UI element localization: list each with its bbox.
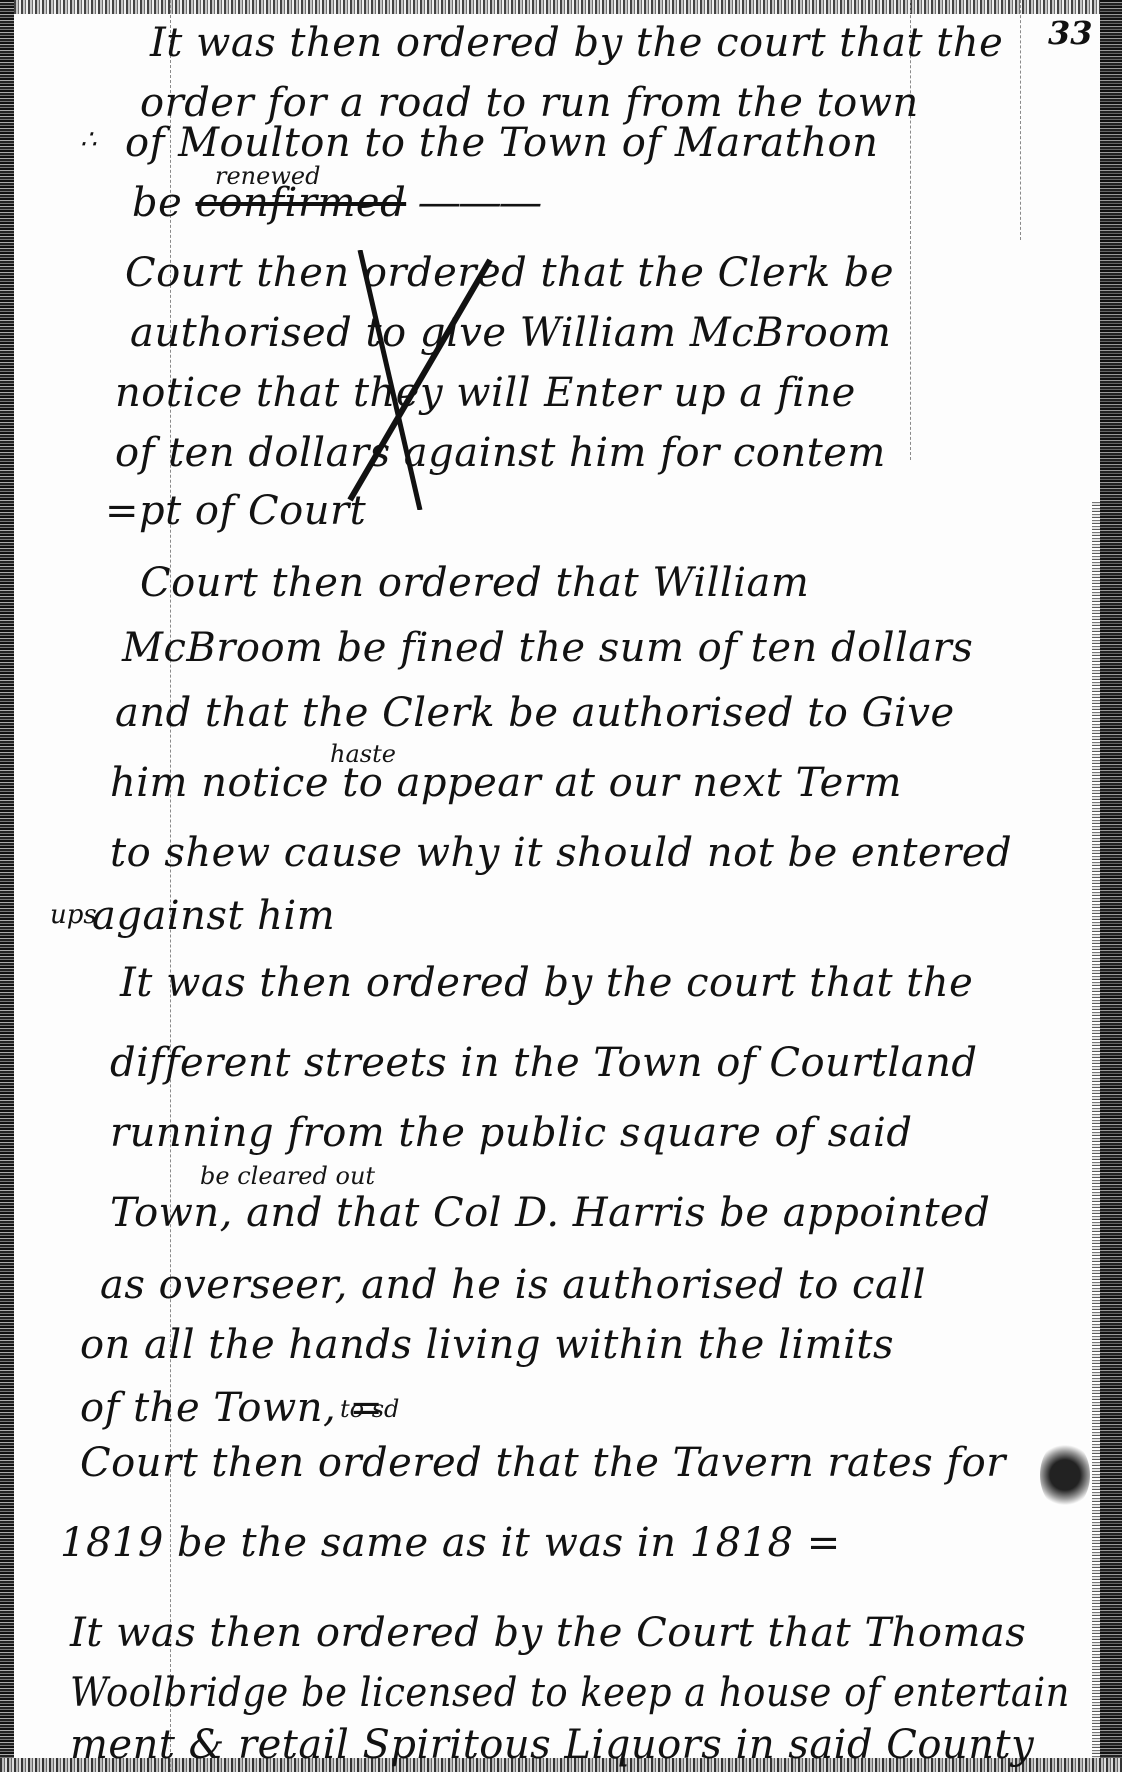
scan-border-top (0, 0, 1122, 14)
scan-border-left (0, 0, 14, 1772)
entry-4-line-2: different streets in the Town of Courtla… (110, 1040, 978, 1086)
entry-1-line-1: It was then ordered by the court that th… (150, 20, 1003, 66)
margin-rule-right (910, 0, 911, 460)
entry-3-line-6: against him (92, 893, 335, 939)
entry-2-line-4: of ten dollars against him for contem (115, 430, 886, 476)
entry-3-line-5: to shew cause why it should not be enter… (110, 830, 1012, 876)
entry-2-line-2: authorised to give William McBroom (130, 310, 891, 356)
entry-4-line-4: Town, and that Col D. Harris be appointe… (110, 1190, 990, 1236)
entry-4-line-1: It was then ordered by the court that th… (120, 960, 973, 1006)
entry-6-line-2: Woolbridge be licensed to keep a house o… (70, 1670, 1070, 1716)
margin-rule-far-right (1020, 0, 1021, 240)
entry-1-line-3: of Moulton to the Town of Marathon (125, 120, 878, 166)
insertion-be-cleared-out: be cleared out (200, 1162, 375, 1190)
margin-mark: ∴ (80, 125, 97, 155)
entry-6-line-3: ment & retail Spiritous Liquors in said … (70, 1722, 1034, 1768)
entry-3-line-2: McBroom be fined the sum of ten dollars (122, 625, 973, 671)
cross-out-mark (340, 250, 500, 510)
entry-3-line-3: and that the Clerk be authorised to Give (115, 690, 955, 736)
ink-blot (1040, 1440, 1090, 1510)
document-page: 33 It was then ordered by the court that… (0, 0, 1122, 1772)
entry-4-line-3: running from the public square of said (110, 1110, 912, 1156)
entry-2-line-1: Court then ordered that the Clerk be (125, 250, 894, 296)
entry-4-line-6: on all the hands living within the limit… (80, 1322, 894, 1368)
word-be: be (132, 180, 182, 226)
entry-3-line-1: Court then ordered that William (140, 560, 809, 606)
entry-1-line-4: be confirmed ――― (132, 180, 541, 226)
page-number: 33 (1048, 14, 1093, 52)
page-edge-shadow (1092, 500, 1100, 1772)
entry-5-line-2: 1819 be the same as it was in 1818 = (60, 1520, 841, 1566)
entry-6-line-1: It was then ordered by the Court that Th… (70, 1610, 1026, 1656)
underline-flourish: ――― (419, 180, 541, 226)
entry-2-line-5: =pt of Court (105, 488, 366, 534)
margin-note-ups: ups (50, 900, 97, 930)
annotation-to-sd: to sd (340, 1395, 399, 1423)
struck-word-confirmed: confirmed (196, 180, 407, 226)
entry-5-line-1: Court then ordered that the Tavern rates… (80, 1440, 1006, 1486)
entry-4-line-5: as overseer, and he is authorised to cal… (100, 1262, 926, 1308)
entry-3-line-4: him notice to appear at our next Term (110, 760, 902, 806)
scan-border-right (1100, 0, 1122, 1772)
entry-4-line-7: of the Town, = (80, 1385, 383, 1431)
